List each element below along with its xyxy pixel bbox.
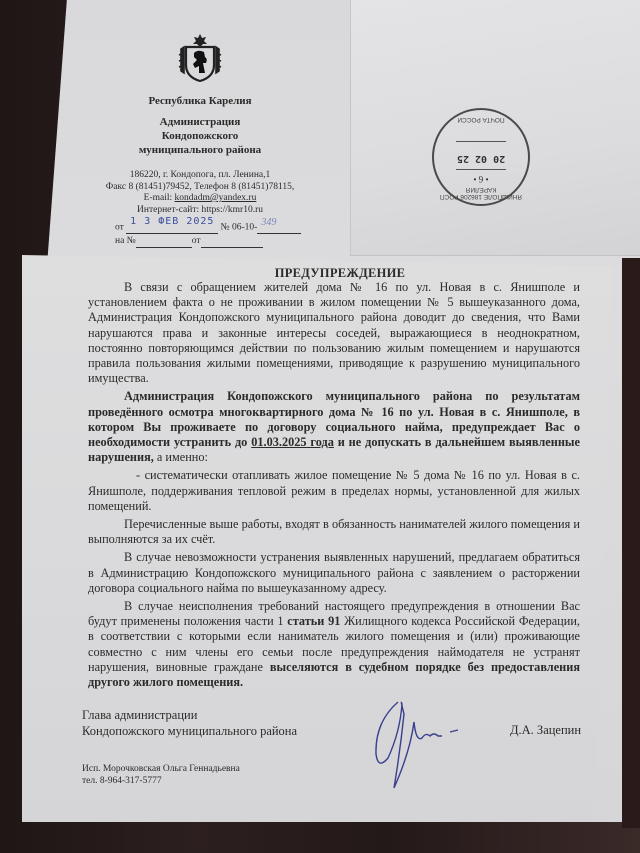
handwritten-signature-icon: [370, 692, 460, 792]
postmark-divider: [456, 141, 506, 142]
fax-phone: Факс 8 (81451)79452, Телефон 8 (81451)78…: [95, 182, 305, 194]
ref-no-field: 349: [257, 222, 301, 234]
handwritten-ref-number: 349: [261, 217, 276, 229]
ref-on-label: на №: [115, 236, 136, 246]
executor-phone: тел. 8-964-317-5777: [82, 775, 240, 787]
reference-line-incoming: на №от: [115, 236, 315, 248]
executor-block: Исп. Морочковская Ольга Геннадьевна тел.…: [82, 763, 240, 787]
karelia-coat-of-arms-icon: [178, 33, 222, 83]
ref-from-label: от: [115, 223, 124, 233]
ref-date-field: 1 3 ФЕВ 2025: [126, 222, 218, 234]
email-line: E-mail: kondadm@yandex.ru: [95, 193, 305, 205]
email-link[interactable]: kondadm@yandex.ru: [175, 193, 257, 203]
article-reference: статьи 91: [287, 614, 340, 628]
contact-block: 186220, г. Кондопога, пл. Ленина,1 Факс …: [95, 170, 305, 216]
org-line-1: Администрация: [120, 115, 280, 129]
org-line-3: муниципального района: [120, 143, 280, 157]
org-line-2: Кондопожского: [120, 129, 280, 143]
postmark-top-arc: ЯНИШПОЛЕ 186206 РОСП КАРЕЛИЯ: [434, 186, 528, 200]
position-line-1: Глава администрации: [82, 707, 297, 723]
postmark-stamp: ЯНИШПОЛЕ 186206 РОСП КАРЕЛИЯ • 6 • 20 02…: [432, 108, 530, 206]
reference-line-outgoing: от 1 3 ФЕВ 2025 № 06-10-349: [115, 222, 315, 234]
paragraph-obligation: Перечисленные выше работы, входят в обяз…: [88, 517, 580, 547]
postmark-date: 20 02 25: [434, 153, 528, 164]
postmark-index: • 6 •: [434, 174, 528, 184]
signatory-position: Глава администрации Кондопожского муници…: [82, 707, 297, 739]
date-stamp: 1 3 ФЕВ 2025: [130, 216, 214, 228]
signatory-name: Д.А. Зацепин: [510, 723, 581, 738]
deadline-date: 01.03.2025 года: [251, 435, 334, 449]
website: Интернет-сайт: https://kmr10.ru: [95, 205, 305, 217]
email-label: E-mail:: [144, 193, 175, 203]
postmark-divider: [456, 169, 506, 170]
organization-name: Администрация Кондопожского муниципально…: [120, 115, 280, 157]
table-edge: [622, 258, 640, 828]
executor-name: Исп. Морочковская Ольга Геннадьевна: [82, 763, 240, 775]
ref-on-from-label: от: [192, 236, 201, 246]
ref-on-date-field: [201, 238, 263, 248]
paragraph-termination: В случае невозможности устранения выявле…: [88, 550, 580, 596]
republic-name: Республика Карелия: [130, 95, 270, 107]
postmark-bottom-arc: ПОЧТА РОССИ: [434, 116, 528, 123]
position-line-2: Кондопожского муниципального района: [82, 723, 297, 739]
paragraph-appeal: В связи с обращением жителей дома № 16 п…: [88, 280, 580, 386]
paragraph-warning: Администрация Кондопожского муниципально…: [88, 389, 580, 465]
paragraph-requirement: - систематически отапливать жилое помеще…: [88, 468, 580, 514]
document-body: В связи с обращением жителей дома № 16 п…: [88, 280, 580, 690]
warning-tail: а именно:: [154, 450, 208, 464]
ref-no-label: № 06-10-: [221, 223, 258, 233]
address: 186220, г. Кондопога, пл. Ленина,1: [95, 170, 305, 182]
ref-on-field: [136, 238, 192, 248]
document-title: ПРЕДУПРЕЖДЕНИЕ: [80, 266, 600, 281]
paragraph-consequences: В случае неисполнения требований настоящ…: [88, 599, 580, 690]
